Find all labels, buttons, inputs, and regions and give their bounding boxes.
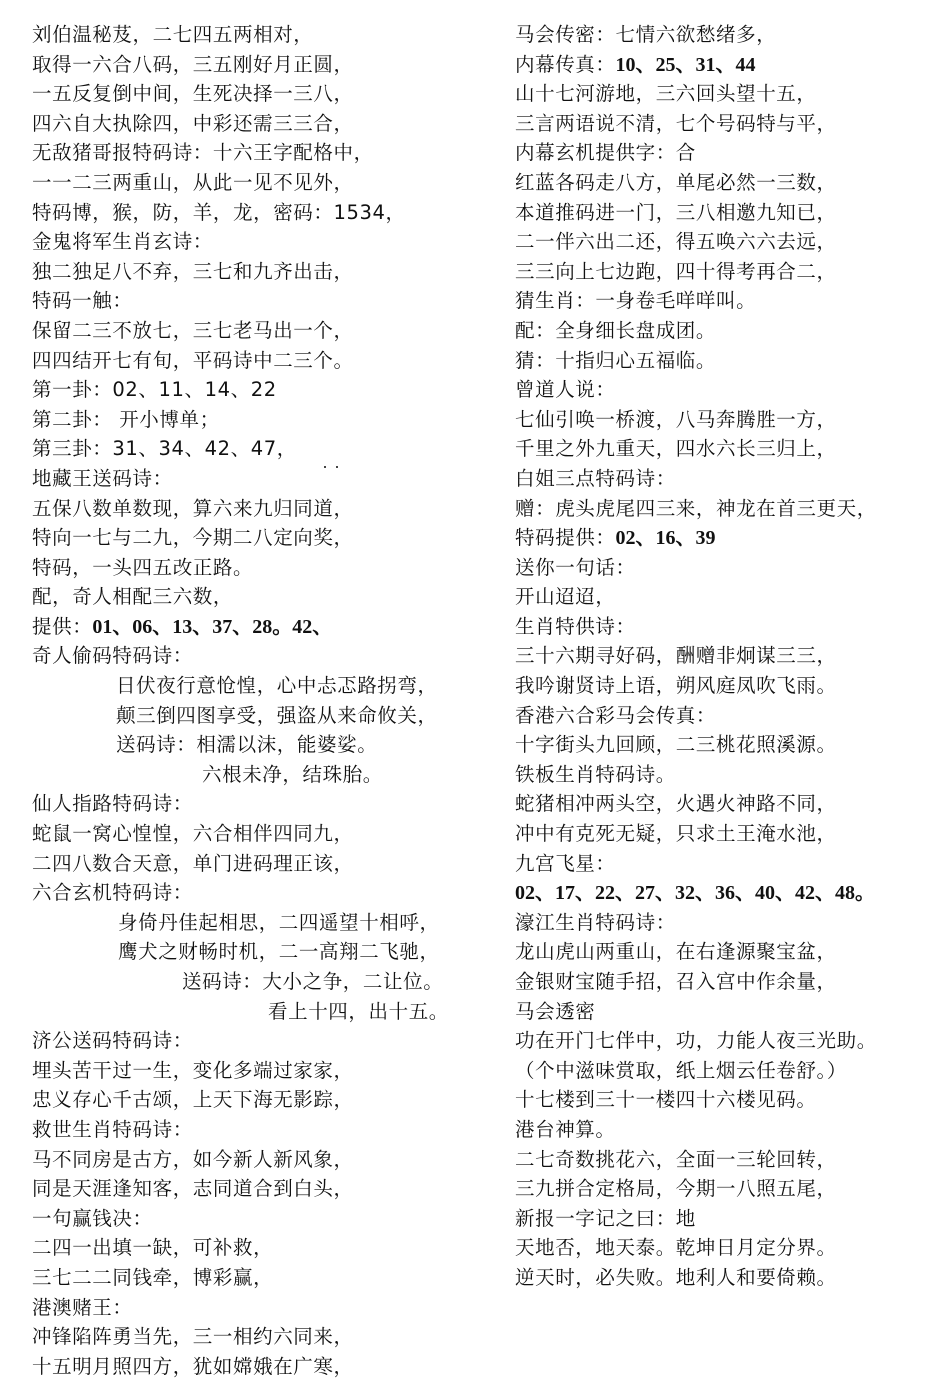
text-line: 刘伯温秘芨，二七四五两相对， [32, 20, 472, 50]
line-text: 刘伯温秘芨，二七四五两相对， [32, 23, 313, 46]
text-line: 送码诗：相濡以沫，能婆娑。 [32, 730, 472, 760]
line-text: 白姐三点特码诗： [515, 467, 676, 490]
line-text: 曾道人说： [515, 378, 616, 401]
line-text: 猜生肖：一身卷毛咩咩叫。 [515, 289, 756, 312]
line-text: 配，奇人相配三六数， [32, 585, 233, 608]
line-text: 取得一六合八码，三五刚好月正圆， [32, 53, 354, 76]
bold-numbers: 02、16、39 [616, 527, 716, 549]
text-line: 第二卦： 开小博单； [32, 405, 472, 435]
text-line: 仙人指路特码诗： [32, 789, 472, 819]
text-line: 三言两语说不清，七个号码特与平， [515, 109, 930, 139]
text-line: 特向一七与二九，今期二八定向奖， [32, 523, 472, 553]
text-line: 送你一句话： [515, 553, 930, 583]
line-text: 猜：十指归心五福临。 [515, 349, 716, 372]
line-text: 六合玄机特码诗： [32, 881, 193, 904]
line-text: 三言两语说不清，七个号码特与平， [515, 112, 837, 135]
line-text: 四六自大执除四，中彩还需三三合， [32, 112, 354, 135]
line-text: 济公送码特码诗： [32, 1029, 193, 1052]
text-line: 二四一出填一缺，可补救， [32, 1233, 472, 1263]
text-line: （个中滋味赏取，纸上烟云任卷舒。） [515, 1056, 930, 1086]
text-line: 十字街头九回顾，二三桃花照溪源。 [515, 730, 930, 760]
line-text: 十字街头九回顾，二三桃花照溪源。 [515, 733, 837, 756]
text-line: 特码，一头四五改正路。 [32, 553, 472, 583]
line-text: 二七奇数挑花六，全面一三轮回转， [515, 1148, 837, 1171]
text-line: 港澳赌王： [32, 1293, 472, 1323]
text-line: 日伏夜行意怆惶，心中忐忑路拐弯， [32, 671, 472, 701]
line-text: 身倚丹佳起相思，二四遥望十相呼， [118, 911, 440, 934]
line-text: 新报一字记之曰：地 [515, 1207, 696, 1230]
text-line: 十五明月照四方，犹如嫦娥在广寒， [32, 1352, 472, 1382]
line-text: 送码诗：相濡以沫，能婆娑。 [116, 733, 377, 756]
text-line: 同是天涯逢知客，志同道合到白头， [32, 1174, 472, 1204]
line-text: 三九拼合定格局，今期一八照五尾， [515, 1177, 837, 1200]
text-line: 四四结开七有旬，平码诗中二三个。 [32, 346, 472, 376]
line-text: 第二卦： 开小博单； [32, 408, 220, 431]
text-line: 金银财宝随手招，召入宫中作余量， [515, 967, 930, 997]
text-line: 提供：01、06、13、37、28。42、 [32, 612, 472, 642]
line-text: 二一伴六出二还，得五唤六六去远， [515, 230, 837, 253]
text-line: 猜生肖：一身卷毛咩咩叫。 [515, 286, 930, 316]
line-text: 十五明月照四方，犹如嫦娥在广寒， [32, 1355, 354, 1378]
line-text: 仙人指路特码诗： [32, 792, 193, 815]
text-line: 02、17、22、27、32、36、40、42、48。 [515, 878, 930, 908]
text-line: 一一二三两重山，从此一见不见外， [32, 168, 472, 198]
line-text: 特码一触： [32, 289, 133, 312]
text-line: 埋头苦干过一生，变化多端过家家， [32, 1056, 472, 1086]
line-text: 地藏王送码诗： [32, 467, 173, 490]
line-text: 颠三倒四图享受，强盗从来命攸关， [116, 704, 438, 727]
text-line: 逆天时，必失败。地利人和要倚赖。 [515, 1263, 930, 1293]
text-line: 一五反复倒中间，生死决择一三八， [32, 79, 472, 109]
line-text: 蛇猪相冲两头空，火遇火神路不同， [515, 792, 837, 815]
text-line: 马会透密 [515, 997, 930, 1027]
text-line: 一句赢钱决： [32, 1204, 472, 1234]
text-line: 龙山虎山两重山，在右逢源聚宝盆， [515, 937, 930, 967]
line-text: 第一卦：02、11、14、22 [32, 378, 277, 401]
text-line: 功在开门七伴中，功，力能人夜三光助。 [515, 1026, 930, 1056]
text-line: 第三卦：31、34、42、47， [32, 434, 472, 464]
line-text: 二四一出填一缺，可补救， [32, 1236, 273, 1259]
line-text: 救世生肖特码诗： [32, 1118, 193, 1141]
line-text: 山十七河游地，三六回头望十五， [515, 82, 817, 105]
line-label: 提供： [32, 615, 92, 638]
text-line: 九宫飞星： [515, 849, 930, 879]
text-line: 奇人偷码特码诗： [32, 641, 472, 671]
text-line: 鹰犬之财畅时机，二一高翔二飞驰， [32, 937, 472, 967]
text-line: 六合玄机特码诗： [32, 878, 472, 908]
line-text: 逆天时，必失败。地利人和要倚赖。 [515, 1266, 837, 1289]
stray-dots-mark [324, 466, 340, 470]
line-text: 三十六期寻好码，酬赠非炯谋三三， [515, 644, 837, 667]
text-line: 天地否，地天泰。乾坤日月定分界。 [515, 1233, 930, 1263]
text-line: 二四八数合天意，单门进码理正该， [32, 849, 472, 879]
text-line: 蛇猪相冲两头空，火遇火神路不同， [515, 789, 930, 819]
line-label: 内幕传真： [515, 53, 616, 76]
line-text: 鹰犬之财畅时机，二一高翔二飞驰， [118, 940, 440, 963]
line-text: 一五反复倒中间，生死决择一三八， [32, 82, 354, 105]
text-line: 济公送码特码诗： [32, 1026, 472, 1056]
line-text: 一句赢钱决： [32, 1207, 153, 1230]
line-text: 埋头苦干过一生，变化多端过家家， [32, 1059, 354, 1082]
line-text: 赠：虎头虎尾四三来，神龙在首三更天， [515, 497, 877, 520]
text-line: 独二独足八不弃，三七和九齐出击， [32, 257, 472, 287]
line-text: 冲锋陷阵勇当先，三一相约六同来， [32, 1325, 354, 1348]
text-line: 六根未净，结珠胎。 [32, 760, 472, 790]
line-text: 同是天涯逢知客，志同道合到白头， [32, 1177, 354, 1200]
line-text: 送你一句话： [515, 556, 636, 579]
text-line: 地藏王送码诗： [32, 464, 472, 494]
text-line: 本道推码进一门，三八相邀九知已， [515, 198, 930, 228]
text-line: 二七奇数挑花六，全面一三轮回转， [515, 1145, 930, 1175]
text-line: 濠江生肖特码诗： [515, 908, 930, 938]
line-text: （个中滋味赏取，纸上烟云任卷舒。） [515, 1059, 847, 1082]
line-text: 七仙引唤一桥渡，八马奔腾胜一方， [515, 408, 837, 431]
text-line: 赠：虎头虎尾四三来，神龙在首三更天， [515, 494, 930, 524]
line-text: 功在开门七伴中，功，力能人夜三光助。 [515, 1029, 877, 1052]
line-text: 特向一七与二九，今期二八定向奖， [32, 526, 354, 549]
text-line: 配，奇人相配三六数， [32, 582, 472, 612]
text-line: 内幕玄机提供字：合 [515, 138, 930, 168]
text-line: 特码一触： [32, 286, 472, 316]
text-line: 马不同房是古方，如今新人新风象， [32, 1145, 472, 1175]
line-text: 金银财宝随手招，召入宫中作余量， [515, 970, 837, 993]
line-text: 香港六合彩马会传真： [515, 704, 716, 727]
text-line: 身倚丹佳起相思，二四遥望十相呼， [32, 908, 472, 938]
text-line: 内幕传真：10、25、31、44 [515, 50, 930, 80]
text-line: 第一卦：02、11、14、22 [32, 375, 472, 405]
text-line: 猜：十指归心五福临。 [515, 346, 930, 376]
line-text: 九宫飞星： [515, 852, 616, 875]
line-text: 冲中有克死无疑，只求土王淹水池， [515, 822, 837, 845]
text-line: 取得一六合八码，三五刚好月正圆， [32, 50, 472, 80]
line-text: 马不同房是古方，如今新人新风象， [32, 1148, 354, 1171]
text-line: 三七二二同钱牵，博彩赢， [32, 1263, 472, 1293]
line-label: 特码提供： [515, 526, 616, 549]
text-line: 无敌猪哥报特码诗：十六王字配格中， [32, 138, 472, 168]
line-text: 千里之外九重天，四水六长三归上， [515, 437, 837, 460]
line-text: 四四结开七有旬，平码诗中二三个。 [32, 349, 354, 372]
text-line: 千里之外九重天，四水六长三归上， [515, 434, 930, 464]
bold-numbers: 01、06、13、37、28。42、 [92, 616, 332, 638]
text-line: 三十六期寻好码，酬赠非炯谋三三， [515, 641, 930, 671]
left-column: 刘伯温秘芨，二七四五两相对，取得一六合八码，三五刚好月正圆，一五反复倒中间，生死… [32, 20, 472, 1381]
line-text: 红蓝各码走八方，单尾必然一三数， [515, 171, 837, 194]
line-text: 保留二三不放七，三七老马出一个， [32, 319, 354, 342]
text-line: 白姐三点特码诗： [515, 464, 930, 494]
line-text: 内幕玄机提供字：合 [515, 141, 696, 164]
line-text: 铁板生肖特码诗。 [515, 763, 676, 786]
line-text: 奇人偷码特码诗： [32, 644, 193, 667]
text-line: 开山迢迢， [515, 582, 930, 612]
bold-numbers: 02、17、22、27、32、36、40、42、48。 [515, 882, 875, 904]
text-line: 忠义存心千古颂，上天下海无影踪， [32, 1085, 472, 1115]
text-line: 山十七河游地，三六回头望十五， [515, 79, 930, 109]
line-text: 龙山虎山两重山，在右逢源聚宝盆， [515, 940, 837, 963]
line-text: 我吟谢贤诗上语，朔风庭凤吹飞雨。 [515, 674, 837, 697]
text-line: 看上十四，出十五。 [32, 997, 472, 1027]
line-text: 金鬼将军生肖玄诗： [32, 230, 213, 253]
line-text: 送码诗：大小之争，二让位。 [182, 970, 443, 993]
text-line: 蛇鼠一窝心惶惶，六合相伴四同九， [32, 819, 472, 849]
line-text: 马会透密 [515, 1000, 595, 1023]
line-text: 本道推码进一门，三八相邀九知已， [515, 201, 837, 224]
line-text: 六根未净，结珠胎。 [202, 763, 383, 786]
line-text: 三三向上七边跑，四十得考再合二， [515, 260, 837, 283]
text-line: 红蓝各码走八方，单尾必然一三数， [515, 168, 930, 198]
text-line: 二一伴六出二还，得五唤六六去远， [515, 227, 930, 257]
text-line: 曾道人说： [515, 375, 930, 405]
line-text: 看上十四，出十五。 [268, 1000, 449, 1023]
text-line: 三九拼合定格局，今期一八照五尾， [515, 1174, 930, 1204]
right-column: 马会传密：七情六欲愁绪多，内幕传真：10、25、31、44山十七河游地，三六回头… [515, 20, 930, 1293]
text-line: 五保八数单数现，算六来九归同道， [32, 494, 472, 524]
text-line: 七仙引唤一桥渡，八马奔腾胜一方， [515, 405, 930, 435]
line-text: 忠义存心千古颂，上天下海无影踪， [32, 1088, 354, 1111]
line-text: 港台神算。 [515, 1118, 616, 1141]
text-line: 冲中有克死无疑，只求土王淹水池， [515, 819, 930, 849]
line-text: 二四八数合天意，单门进码理正该， [32, 852, 354, 875]
bold-numbers: 10、25、31、44 [616, 54, 756, 76]
line-text: 马会传密：七情六欲愁绪多， [515, 23, 776, 46]
text-line: 金鬼将军生肖玄诗： [32, 227, 472, 257]
document-page: 刘伯温秘芨，二七四五两相对，取得一六合八码，三五刚好月正圆，一五反复倒中间，生死… [0, 0, 935, 1388]
text-line: 我吟谢贤诗上语，朔风庭凤吹飞雨。 [515, 671, 930, 701]
text-line: 特码博，猴，防，羊，龙，密码：1534， [32, 198, 472, 228]
line-text: 特码，一头四五改正路。 [32, 556, 253, 579]
text-line: 四六自大执除四，中彩还需三三合， [32, 109, 472, 139]
line-text: 一一二三两重山，从此一见不见外， [32, 171, 354, 194]
text-line: 救世生肖特码诗： [32, 1115, 472, 1145]
line-text: 天地否，地天泰。乾坤日月定分界。 [515, 1236, 837, 1259]
line-text: 配：全身细长盘成团。 [515, 319, 716, 342]
line-text: 濠江生肖特码诗： [515, 911, 676, 934]
line-text: 生肖特供诗： [515, 615, 636, 638]
text-line: 颠三倒四图享受，强盗从来命攸关， [32, 701, 472, 731]
line-text: 蛇鼠一窝心惶惶，六合相伴四同九， [32, 822, 354, 845]
text-line: 铁板生肖特码诗。 [515, 760, 930, 790]
text-line: 港台神算。 [515, 1115, 930, 1145]
line-text: 第三卦：31、34、42、47， [32, 437, 297, 460]
line-text: 十七楼到三十一楼四十六楼见码。 [515, 1088, 817, 1111]
line-text: 日伏夜行意怆惶，心中忐忑路拐弯， [116, 674, 438, 697]
line-text: 特码博，猴，防，羊，龙，密码：1534， [32, 201, 406, 224]
line-text: 无敌猪哥报特码诗：十六王字配格中， [32, 141, 374, 164]
line-text: 三七二二同钱牵，博彩赢， [32, 1266, 273, 1289]
text-line: 香港六合彩马会传真： [515, 701, 930, 731]
line-text: 港澳赌王： [32, 1296, 133, 1319]
text-line: 送码诗：大小之争，二让位。 [32, 967, 472, 997]
text-line: 生肖特供诗： [515, 612, 930, 642]
text-line: 冲锋陷阵勇当先，三一相约六同来， [32, 1322, 472, 1352]
text-line: 十七楼到三十一楼四十六楼见码。 [515, 1085, 930, 1115]
text-line: 马会传密：七情六欲愁绪多， [515, 20, 930, 50]
text-line: 三三向上七边跑，四十得考再合二， [515, 257, 930, 287]
text-line: 新报一字记之曰：地 [515, 1204, 930, 1234]
line-text: 五保八数单数现，算六来九归同道， [32, 497, 354, 520]
text-line: 配：全身细长盘成团。 [515, 316, 930, 346]
line-text: 开山迢迢， [515, 585, 616, 608]
text-line: 特码提供：02、16、39 [515, 523, 930, 553]
text-line: 保留二三不放七，三七老马出一个， [32, 316, 472, 346]
line-text: 独二独足八不弃，三七和九齐出击， [32, 260, 354, 283]
